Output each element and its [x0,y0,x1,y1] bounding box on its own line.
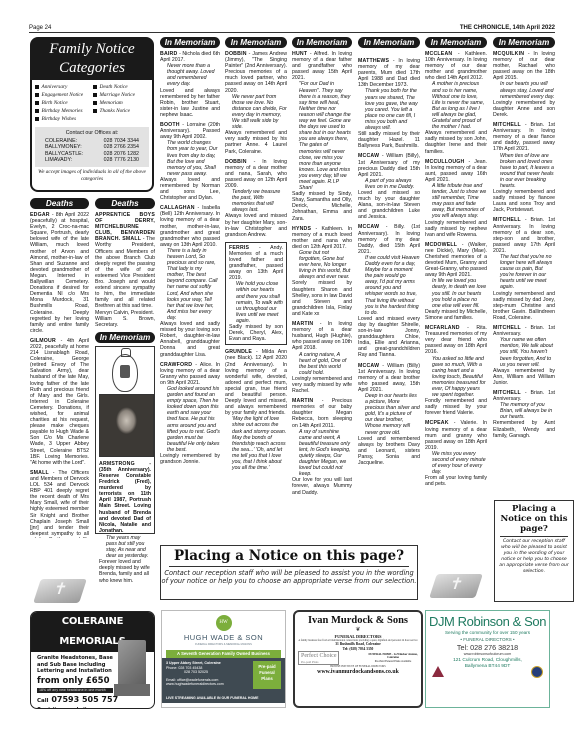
notice-text: MCCLEAN [425,51,452,57]
memoriam-notice: MCFARLAND - Rita. Treasured memories of … [425,325,487,416]
memoriam-notice: CRAWFORD - Alice. In loving memory of a … [160,362,220,466]
notice-text: Loved and missed so much by your daughte… [358,190,420,220]
death-notice: EDGAR - 8th April 2022 (peacefully) at h… [30,212,89,334]
notice-text: Lovingly remembered and sadly missed by … [493,189,555,213]
notice-text: Email: [166,678,176,682]
notice-text: Loved and remembered always by brothers … [358,436,420,466]
call-label: Call [37,698,49,704]
notice-text: SMALL [30,470,49,476]
live-streaming-text: LIVE STREAMING AVAILABLE IN OUR FUNERAL … [166,696,258,701]
notice-text: EDGAR [30,212,50,218]
notice-text: Still sadly missed by their daughter Haz… [358,131,420,149]
memoriam-notice: MITCHELL - Brian. 1st Anniversary. In lo… [493,217,555,321]
notice-text: Lovingly remembered by grandson Jonnie. [160,453,220,465]
notice-closing: Forever loved and deeply missed by wife … [99,559,151,583]
in-memoriam-banner: In Memoriam [358,37,420,48]
notice-text: Lovingly remembered and very sadly misse… [292,376,352,394]
notice-text: - Andy. Memories of a much loved father … [229,245,283,281]
notice-text: - 4th April 2022, peacefully at home 214… [30,338,89,466]
notice-text: Loved and always remembered by her fathe… [160,88,220,118]
memoriam-notice: MITCHELL - Brian. 1st Anniversary.The me… [493,390,555,439]
in-memoriam-banner: In Memoriam [95,332,155,343]
ad-subtitle: FUNERAL DIRECTORS & MEMORIAL MASONS [162,643,285,647]
notice-text: We miss you every second of every minute… [425,451,487,475]
in-memoriam-banner: In Memoriam [493,37,555,48]
in-memoriam-banner: In Memoriam [292,37,352,48]
notice-text: In life we loved you dearly, in death we… [425,278,487,308]
memoriam-notice: MCQUILKIN - In loving memory of our dear… [493,51,555,118]
notice-text: DOBBIN [225,51,247,57]
memoriam-notice: MCCAW - William (Billy), 1st Anniversary… [358,153,420,220]
prepaid-plans-badge: Pre-paid Funeral Plans [253,661,281,689]
notice-text: MCFARLAND [425,325,460,331]
ad-category: • FUNERAL DIRECTORS • [426,636,549,643]
institute-text: BRITISH INSTITUTE OF FUNERAL DIRECTORS [295,665,421,668]
bible-icon [30,575,89,605]
notice-text: - Brian. 1st Anniversary. In loving memo… [493,217,555,253]
death-notice: GILMOUR - 4th April 2022, peacefully at … [30,338,89,466]
notice-text: 'May the light of love shine out across … [225,416,287,471]
notice-text: Pre-paid Plans [301,660,336,664]
notice-text: GRUNDLE [225,349,252,355]
notice-text: - The Worthy President, Officers and Mem… [95,236,155,309]
notice-text: MARTIN [292,398,313,404]
offices-contact: Contact our Offices at: COLERAINE:028 70… [35,127,149,167]
death-notice: APPRENTICE BOYS OF DERRY, MITCHELBURNE C… [95,212,155,328]
funeral-home-address: FUNERAL HOME - 2a Windsor Avenue, Colera… [368,653,418,660]
ad-phone: 028 703 45438 [178,666,202,670]
deaths-column-2: Deaths APPRENTICE BOYS OF DERRY, MITCHEL… [95,198,155,608]
deaths-column-1: Deaths EDGAR - 8th April 2022 (peacefull… [30,198,89,538]
memoriam-notice: MARTIN - Precious memories of our baby d… [292,398,352,496]
notice-text: MITCHELL [493,325,521,331]
notice-text: MCCULLOUGH [425,159,464,165]
deaths-banner: Deaths [95,198,155,209]
warning-triangle-icon [432,666,444,677]
memoriam-notice: MITCHELL - Brian. 1st Anniversary. In lo… [493,122,555,213]
perfect-choice-logo: Perfect ChoicePre-paid Plans [298,651,339,665]
memoriam-column-6: In Memoriam MATTHEWS - In loving memory … [358,37,420,542]
notice-text: Tenderly we treasure the past, With memo… [225,189,287,213]
notice-text: MCQUILKIN [493,51,524,57]
category-item: Birthday Wishes [35,115,93,123]
notice-text: You asked so little and gave so much, Wi… [425,356,487,399]
death-notice: SMALL - The Officers and Members of Derv… [30,470,89,538]
headstone-base-image [114,684,150,696]
edition-date: THE CHRONICLE, 14th April 2022 [460,25,555,31]
headstone-image [118,640,146,690]
placing-notice-title: Placing a Notice on this page? [161,548,417,565]
notice-text: MARTIN [292,321,313,327]
coleraine-memorials-ad[interactable]: COLERAINE MEMORIALS Granite Headstones, … [30,611,155,709]
memoriam-notice: DOBBIN - James Andrew (Jimmy), "The Sing… [225,51,287,155]
notice-text: - James Andrew (Jimmy), "The Singing Pai… [225,51,287,94]
office-row: COLERAINE:028 7034 3344 [41,138,143,145]
notice-text: Our love for you will last forever, alwa… [292,477,352,495]
notice-text: Remembered by Aunt Elizabeth, Wendy and … [493,420,555,438]
in-memoriam-banner: In Memoriam [425,37,487,48]
notice-text: When ties of love are broken and loved o… [493,153,555,190]
memoriam-notice: MCCLEAN - Kathleen. 10th Anniversary. In… [425,51,487,155]
bible-icon [428,570,483,600]
memoriam-notice-boxed: FERRIS - Andy. Memories of a much loved … [225,242,287,346]
placing-notice-box: Placing a Notice on this page? Contact o… [160,545,418,600]
ad-title: Ivan Murdock & Sons [295,614,421,627]
notice-signature: William S. Brown, Secretary. [95,316,155,328]
memoriam-notice: MCDOWELL - (Walker, nee Dickie), Mary (M… [425,242,487,321]
memoriam-column-5: In Memoriam HUNT - Alfred. In loving mem… [292,37,352,542]
notice-text: HUNT [292,51,307,57]
notice-text: CALLAGHAN [160,205,195,211]
notice-text: Always loved and remembered by Norman an… [160,177,220,201]
notice-text: We never part from those we love. No dis… [225,94,287,131]
ad-title: DJM Robinson & Son [426,613,549,630]
category-item: Marriage Notice [93,91,151,99]
notice-text: ARMSTRONG [99,461,135,467]
notice-text: MCCAW [358,153,379,159]
deaths-banner: Deaths [30,198,89,209]
family-notice-categories-box: Family Notice Categories Anniversary Dea… [30,37,154,192]
page-header: Page 24 THE CHRONICLE, 14th April 2022 [29,24,555,33]
category-item: Death Notice [93,83,151,91]
notice-text: Sadly missed by Sindy, Shay, Samantha an… [292,191,352,221]
notice-text: - The Officers and Members of Dervock LO… [30,470,89,538]
notice-text: Fondly remembered and sadly missed by yo… [425,398,487,416]
in-memoriam-banner: In Memoriam [225,37,287,48]
category-item: Thanks Notice [93,107,151,115]
page-number: Page 24 [29,25,51,31]
notice-text: MITCHELL [493,217,521,223]
notice-text: MITCHELL [493,122,521,128]
ivan-murdock-ad[interactable]: Ivan Murdock & Sons ❦ FUNERAL DIRECTORS … [293,610,423,708]
notice-text: Your name we often mention, We talk abou… [493,337,555,367]
notice-text: A part of you always lives on in me Dadd… [358,178,420,190]
notice-text: Lovingly remembered by daughter Anne and… [493,100,555,118]
notice-text: MCCAW [358,224,379,230]
office-name: LIMAVADY: [45,157,72,164]
ad-banner: A Seventh Generation Family Owned Busine… [166,650,281,658]
notice-text: Lovingly remembered and sadly missed by … [425,220,487,238]
notice-text: Always loved and sadly missed by your lo… [160,321,220,357]
notice-text: Always remembered and very sadly missed … [225,130,287,154]
categories-panel: Anniversary Death Notice Engagement Noti… [32,80,152,190]
notice-text: GILMOUR [30,338,56,344]
notice-text: Sorely missed by daughters Sharon and Sh… [292,280,352,316]
categories-title-line2: Categories [30,59,154,78]
memoriam-notice: DOBBIN - In loving memory of a dear moth… [225,159,287,238]
memoriam-notice: MARTIN - In loving memory of a dear husb… [292,321,352,394]
notice-text: MATTHEWS [358,58,389,64]
notice-text: Phone: [166,666,177,670]
in-memoriam-banner: In Memoriam [160,37,220,48]
notice-text: There is a lady in heaven Lord, So preci… [160,248,220,321]
memoriam-notice: MCCULLOUGH - Jean. In loving memory of a… [425,159,487,238]
notice-text: The memory of you Brian, will always be … [493,402,555,420]
notice-text: If we could visit Heaven Daddy even for … [358,255,420,316]
memoriam-notice: BAIRD - Nichola died 6th April 2017.Neve… [160,51,220,118]
memoriam-notice: BOOTH - Lorraine (20th Anniversary). Pas… [160,122,220,201]
notice-text: - (35th Anniversary). Reserve Constable … [99,461,151,534]
notice-text: FERRIS [229,245,249,251]
notice-text: - Isabella (Bell) 12th Anniversary. In l… [160,205,220,248]
notice-text: BAIRD [160,51,177,57]
notice-text: "For our Dad in Heaven". They say there … [292,81,352,191]
ad-website-link[interactable]: www.robinsonsofculcrum.com [426,652,549,656]
office-name: COLERAINE: [45,138,77,145]
memoriam-column-7: In Memoriam MCCLEAN - Kathleen. 10th Ann… [425,37,487,612]
notice-text: Gone but not forgotten, Gone but ever he… [292,250,352,280]
armstrong-notice: ARMSTRONG - (35th Anniversary). Reserve … [95,346,155,534]
placing-notice-box-small: Placing a Notice on this page? Contact o… [494,500,574,602]
notice-text: Lovingly remembered and sadly missed by … [493,291,555,321]
notice-text: - (Walker, nee Dickie), Mary (Mae). Cher… [425,242,487,278]
memoriam-notice: MCPEAK - Valerie. In loving memory of a … [425,420,487,487]
office-phone: 028 2076 1282 [104,151,139,158]
category-item: Engagement Notice [35,91,93,99]
category-item: Birthday Memories [35,107,93,115]
placing-notice-title: Placing a Notice on this page? [495,504,573,534]
accept-images-text: We accept images of individuals in all o… [35,169,149,182]
association-badge-icon [531,666,543,678]
ad-phone: Tel: 028 276 38218 [426,643,549,652]
ornament-icon: ❦ [295,627,421,634]
web-label: Or visit our website: [37,708,148,710]
ad-offer-strip: 18% off any new headstone in one month [37,688,113,693]
placing-notice-body: Contact our reception staff who will be … [495,539,573,575]
notice-text: BOOTH [160,122,180,128]
office-row: LIMAVADY:028 7776 2130 [41,157,143,164]
ad-website-link[interactable]: www.ivanmurdockandsons.co.uk [295,669,421,676]
notice-text: MITCHELL [493,390,521,396]
portrait-photo [99,394,154,457]
memoriam-column-3: In Memoriam BAIRD - Nichola died 6th Apr… [160,37,220,542]
notice-text: Thank you both for the years we shared, … [358,88,420,131]
memoriam-notice: MCCAW - Billy. (1st Anniversary). In lov… [358,224,420,358]
offices-heading: Contact our Offices at: [41,130,143,137]
notice-text: DOBBIN [225,159,247,165]
ad-description: Granite Headstones, Base and Sub Base in… [37,655,123,675]
memoriam-column-8: In Memoriam MCQUILKIN - In loving memory… [493,37,555,499]
djm-robinson-ad[interactable]: DJM Robinson & Son Serving the community… [425,610,550,708]
notice-text: Deep in our hearts lies a picture, More … [358,393,420,436]
notice-text: The fact that you're no longer here will… [493,254,555,291]
notice-text: Never more than a thought away. Loved an… [160,63,220,87]
notice-text: CRAWFORD [160,362,192,368]
notice-text: From all your loving family and pets. [425,475,487,487]
notice-text: MCDOWELL [425,242,457,248]
notice-text: HYNDS [292,226,311,232]
office-row: BALLYCASTLE:028 2076 1282 [41,151,143,158]
notice-signature: Mervyn Calvin, President. [95,310,155,316]
notice-text: In our hearts you will always stay, Love… [493,81,555,99]
notice-text: Pre-Paid Funeral Plans available [368,660,418,663]
ad-title: HUGH WADE & SON [162,633,285,643]
notice-text: Dearly missed by Michelle, Simone and fa… [425,309,487,321]
placing-notice-body: Contact our reception staff who will be … [161,569,417,585]
categories-list: Anniversary Death Notice Engagement Noti… [35,83,149,123]
memoriam-notice: GRUNDLE - Milda Ann (nee Black). 12 Apri… [225,349,287,471]
notice-text: The world changes from year to year, Our… [160,140,220,177]
police-crest-icon [112,354,138,392]
office-phone: 028 7034 3344 [104,138,139,145]
hugh-wade-ad[interactable]: HW HUGH WADE & SON FUNERAL DIRECTORS & M… [161,610,286,708]
office-phone: 028 7776 2130 [104,157,139,164]
notice-text: A ray of sunshine came and went, A beaut… [292,429,352,478]
office-name: BALLYMONEY: [45,144,82,151]
memoriam-notice: MITCHELL - Brian. 1st Anniversary.Your n… [493,325,555,386]
memoriam-notice: MATTHEWS - In loving memory of my dear p… [358,58,420,149]
category-item: Memoriam [93,99,151,107]
notice-text: MCCAW [358,363,379,369]
memoriam-notice: CALLAGHAN - Isabella (Bell) 12th Anniver… [160,205,220,357]
notice-text: Sadly missed by son Derek, Cheryl, Alex,… [229,324,283,342]
ad-phone: 07593 505 757 [51,695,118,704]
notice-text: - Milda Ann (nee Black). 12 April 2020 (… [225,349,287,416]
memoriam-notice: MCCAW - William (Billy) 1st Anniversary.… [358,363,420,467]
notice-text: A mother is precious and so is her name,… [425,81,487,130]
notice-text: MCPEAK [425,420,449,426]
ad-email-link[interactable]: office@wadefunerals.com [177,678,218,682]
memoriam-column-4: In Memoriam DOBBIN - James Andrew (Jimmy… [225,37,287,542]
notice-text: We hold you close within our hearts and … [229,281,283,324]
notice-text: Perfect Choice [301,652,336,660]
office-row: BALLYMONEY:028 2766 2354 [41,144,143,151]
office-phone: 028 2766 2354 [104,144,139,151]
notice-text: A caring nature, A heart of gold, One of… [292,352,352,376]
notice-text: Loved and missed every day by daughter S… [358,316,420,359]
category-item: Birth Notice [35,99,93,107]
memoriam-notice: HUNT - Alfred. In loving memory of a dea… [292,51,352,222]
categories-title-line1: Family Notice [30,40,154,59]
category-item: Anniversary [35,83,93,91]
notice-text: God looked around his garden and found a… [160,386,220,453]
memoriam-notice: HYNDS - Kathleen. In memory of a much lo… [292,226,352,317]
notice-verse: The years may pass but still you stay, A… [99,535,151,559]
notice-text: Always loved and missed by her daughter … [225,213,287,237]
notice-text: A little tribute true and tender, Just t… [425,183,487,220]
notice-text: Always remembered by Ann, William and Wi… [493,368,555,386]
hw-logo-icon: HW [216,615,232,631]
notice-text: Always remembered and sadly missed by so… [425,130,487,154]
notice-text: - 8th April 2022 (peacefully) at hospita… [30,212,89,334]
office-name: BALLYCASTLE: [45,151,83,158]
